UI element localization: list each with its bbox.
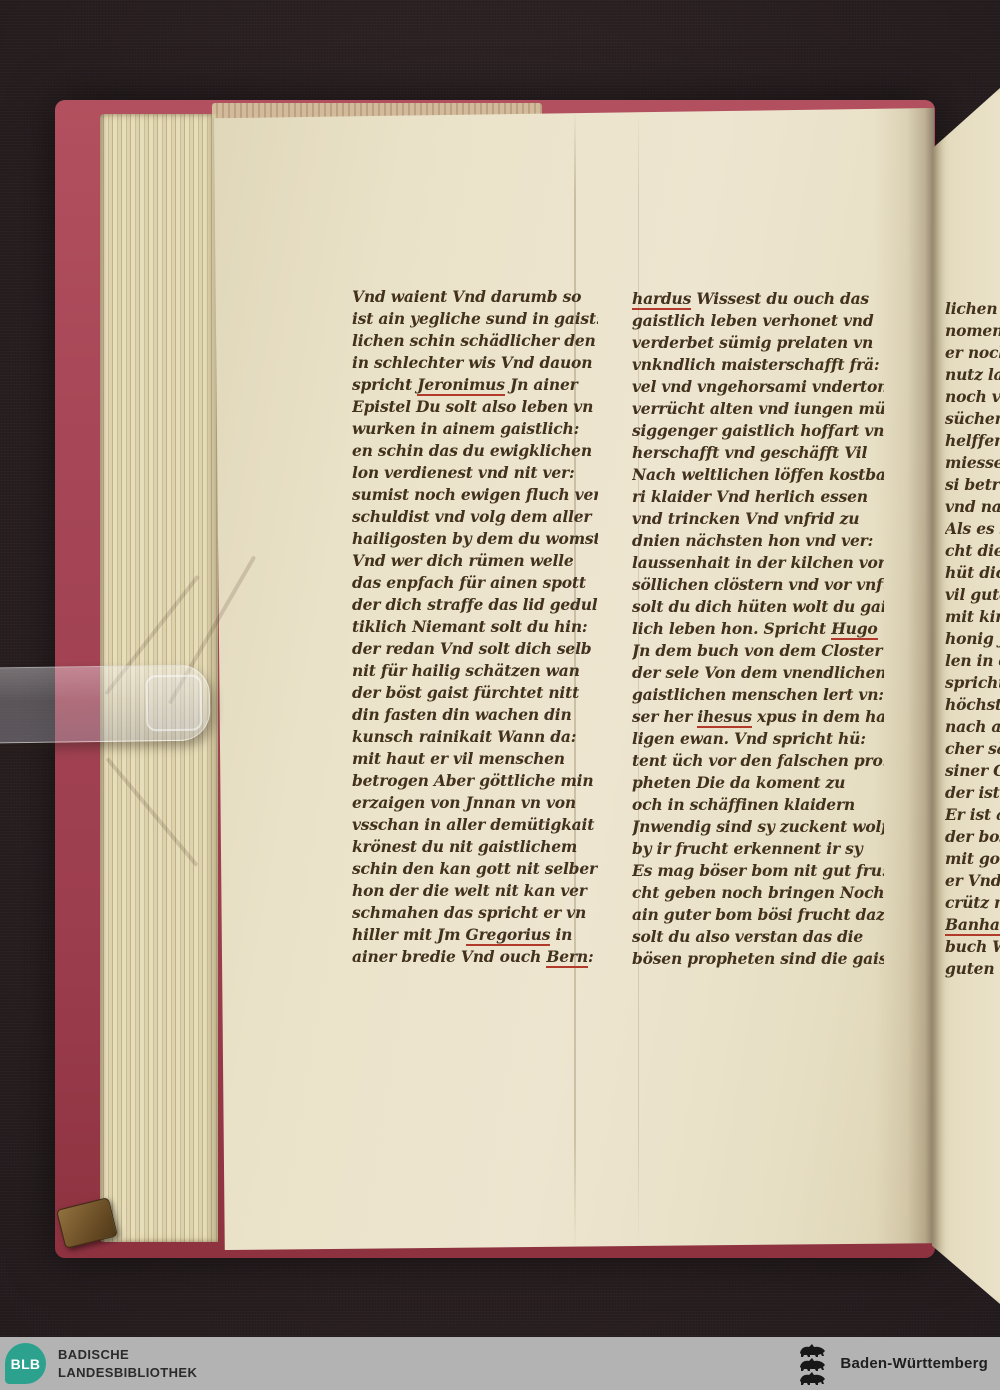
manuscript-text-line: len in dem	[945, 650, 1000, 672]
manuscript-text-line: schuldist vnd volg dem aller	[352, 506, 598, 528]
manuscript-text-line: cht geben noch bringen Noch	[632, 882, 884, 904]
manuscript-text-line: krönest du nit gaistlichem	[352, 836, 598, 858]
manuscript-text-line: der sele Von dem vnendlichen	[632, 662, 884, 684]
manuscript-text-line: helffen ha	[945, 430, 1000, 452]
manuscript-text-line: laussenhait in der kilchen vor	[632, 552, 884, 574]
manuscript-text-line: höchsten g	[945, 694, 1000, 716]
baden-wuerttemberg-coat-of-arms-icon	[796, 1343, 830, 1385]
manuscript-text-column-left: Vnd waient Vnd darumb soist ain yegliche…	[352, 286, 598, 968]
manuscript-text-line: siggenger gaistlich hoffart vn	[632, 420, 884, 442]
library-name: BADISCHE LANDESBIBLIOTHEK	[58, 1346, 197, 1381]
manuscript-text-line: der böst gaist fürchtet nitt	[352, 682, 598, 704]
manuscript-text-line: cher säligk	[945, 738, 1000, 760]
state-name: Baden-Württemberg	[840, 1355, 988, 1372]
manuscript-text-line: sumist noch ewigen fluch ver	[352, 484, 598, 506]
manuscript-text-line: dnien nächsten hon vnd ver:	[632, 530, 884, 552]
manuscript-text-line: vnd nach g	[945, 496, 1000, 518]
manuscript-text-line: spricht Jeronimus Jn ainer	[352, 374, 598, 396]
manuscript-text-line: och in schäffinen klaidern	[632, 794, 884, 816]
manuscript-text-line: noch verch	[945, 386, 1000, 408]
manuscript-text-line: erzaigen von Jnnan vn von	[352, 792, 598, 814]
manuscript-text-line: vel vnd vngehorsami vnderton	[632, 376, 884, 398]
manuscript-text-line: mit gott G	[945, 848, 1000, 870]
manuscript-text-line: solt du also verstan das die	[632, 926, 884, 948]
manuscript-text-line: solt du dich hüten wolt du gaist:	[632, 596, 884, 618]
manuscript-text-line: verrücht alten vnd iungen müß	[632, 398, 884, 420]
manuscript-text-line: er Vnd sm	[945, 870, 1000, 892]
manuscript-text-line: lich leben hon. Spricht Hugo	[632, 618, 884, 640]
manuscript-text-line: mit haut er vil menschen	[352, 748, 598, 770]
manuscript-text-line: ainer bredie Vnd ouch Bern:	[352, 946, 598, 968]
manuscript-text-line: hailigosten by dem du womst	[352, 528, 598, 550]
manuscript-text-line: der boshaf	[945, 826, 1000, 848]
manuscript-text-line: Er ist aber	[945, 804, 1000, 826]
manuscript-text-line: Banhardu	[945, 914, 1000, 936]
manuscript-text-line: siner Const	[945, 760, 1000, 782]
manuscript-text-line: hüt dich v	[945, 562, 1000, 584]
manuscript-text-line: kunsch rainikait Wann da:	[352, 726, 598, 748]
manuscript-text-line: Nach weltlichen löffen kostba:	[632, 464, 884, 486]
manuscript-text-line: crütz mit a	[945, 892, 1000, 914]
manuscript-text-line: ri klaider Vnd herlich essen	[632, 486, 884, 508]
manuscript-text-line: en schin das du ewigklichen	[352, 440, 598, 462]
acrylic-page-holder	[0, 664, 211, 743]
manuscript-text-line: ain guter bom bösi frucht daz	[632, 904, 884, 926]
manuscript-text-line: lichen schin schädlicher den	[352, 330, 598, 352]
manuscript-text-line: vnd trincken Vnd vnfrid zu	[632, 508, 884, 530]
manuscript-text-line: noment. W	[945, 320, 1000, 342]
manuscript-text-line: söllichen clöstern vnd vor vnfü	[632, 574, 884, 596]
footer-bar: BLB BADISCHE LANDESBIBLIOTHEK Baden-Würt…	[0, 1337, 1000, 1390]
library-name-line1: BADISCHE	[58, 1346, 197, 1364]
manuscript-text-column-facing: lichen schinnoment. Wer noch dnutz lare …	[945, 298, 1000, 980]
manuscript-text-line: tent üch vor den falschen pro:	[632, 750, 884, 772]
manuscript-text-line: betrogen Aber göttliche min	[352, 770, 598, 792]
manuscript-text-line: schin den kan gott nit selber	[352, 858, 598, 880]
manuscript-text-line: mit kind n	[945, 606, 1000, 628]
manuscript-text-line: Jn dem buch von dem Closter	[632, 640, 884, 662]
manuscript-text-line: hardus Wissest du ouch das	[632, 288, 884, 310]
manuscript-text-line: Als es sich	[945, 518, 1000, 540]
manuscript-text-line: vsschan in aller demütigkait	[352, 814, 598, 836]
manuscript-text-line: vil gutes	[945, 584, 1000, 606]
manuscript-text-line: süchent ge	[945, 408, 1000, 430]
manuscript-text-line: vnkndlich maisterschafft frä:	[632, 354, 884, 376]
manuscript-text-line: schmahen das spricht er vn	[352, 902, 598, 924]
manuscript-text-line: Es mag böser bom nit gut fru:	[632, 860, 884, 882]
manuscript-text-line: buch Was	[945, 936, 1000, 958]
manuscript-text-line: ser her ihesus xpus in dem hai:	[632, 706, 884, 728]
manuscript-text-line: pheten Die da koment zu	[632, 772, 884, 794]
manuscript-text-line: nutz lare n	[945, 364, 1000, 386]
manuscript-text-line: das enpfach für ainen spott	[352, 572, 598, 594]
manuscript-text-line: nit für hailig schätzen wan	[352, 660, 598, 682]
photo-background: Vnd waient Vnd darumb soist ain yegliche…	[0, 0, 1000, 1390]
manuscript-text-line: miessen Ab	[945, 452, 1000, 474]
manuscript-text-line: Vnd wer dich rümen welle	[352, 550, 598, 572]
manuscript-text-line: ist ain yegliche sund in gaist:	[352, 308, 598, 330]
manuscript-text-line: verderbet sümig prelaten vn	[632, 332, 884, 354]
manuscript-text-line: by ir frucht erkennent ir sy	[632, 838, 884, 860]
manuscript-text-line: lichen schin	[945, 298, 1000, 320]
manuscript-text-line: lon verdienest vnd nit ver:	[352, 462, 598, 484]
manuscript-text-line: tiklich Niemant solt du hin:	[352, 616, 598, 638]
manuscript-text-column-right: hardus Wissest du ouch dasgaistlich lebe…	[632, 288, 884, 970]
manuscript-text-line: spricht W	[945, 672, 1000, 694]
manuscript-text-line: gaistlichen menschen lert vn:	[632, 684, 884, 706]
page-gutter-shadow	[874, 108, 934, 1250]
manuscript-text-line: wurken in ainem gaistlich:	[352, 418, 598, 440]
manuscript-text-line: din fasten din wachen din	[352, 704, 598, 726]
manuscript-text-line: ligen ewan. Vnd spricht hü:	[632, 728, 884, 750]
manuscript-text-line: der ist mir	[945, 782, 1000, 804]
manuscript-text-line: honig Jnn	[945, 628, 1000, 650]
library-branding: BLB BADISCHE LANDESBIBLIOTHEK	[0, 1343, 197, 1384]
manuscript-text-line: Vnd waient Vnd darumb so	[352, 286, 598, 308]
manuscript-text-line: si betroge	[945, 474, 1000, 496]
manuscript-text-line: der redan Vnd solt dich selb	[352, 638, 598, 660]
manuscript-text-line: Jnwendig sind sy zuckent wolf	[632, 816, 884, 838]
manuscript-text-line: bösen propheten sind die gaist:	[632, 948, 884, 970]
manuscript-text-line: er noch d	[945, 342, 1000, 364]
manuscript-text-line: cht die al	[945, 540, 1000, 562]
manuscript-text-line: nach ainer	[945, 716, 1000, 738]
blb-logo: BLB	[5, 1343, 46, 1384]
manuscript-text-line: hiller mit Jm Gregorius in	[352, 924, 598, 946]
manuscript-text-line: hon der die welt nit kan ver	[352, 880, 598, 902]
manuscript-text-line: der dich straffe das lid gedul:	[352, 594, 598, 616]
manuscript-text-line: gaistlich leben verhonet vnd	[632, 310, 884, 332]
manuscript-text-line: Epistel Du solt also leben vn	[352, 396, 598, 418]
manuscript-page: Vnd waient Vnd darumb soist ain yegliche…	[214, 108, 934, 1250]
facing-page-edge: lichen schinnoment. Wer noch dnutz lare …	[932, 88, 1000, 1304]
manuscript-text-line: in schlechter wis Vnd dauon	[352, 352, 598, 374]
state-branding: Baden-Württemberg	[796, 1343, 1000, 1385]
library-name-line2: LANDESBIBLIOTHEK	[58, 1364, 197, 1382]
blb-logo-text: BLB	[11, 1356, 41, 1372]
manuscript-text-line: guten will	[945, 958, 1000, 980]
manuscript-text-line: herschafft vnd geschäfft Vil	[632, 442, 884, 464]
